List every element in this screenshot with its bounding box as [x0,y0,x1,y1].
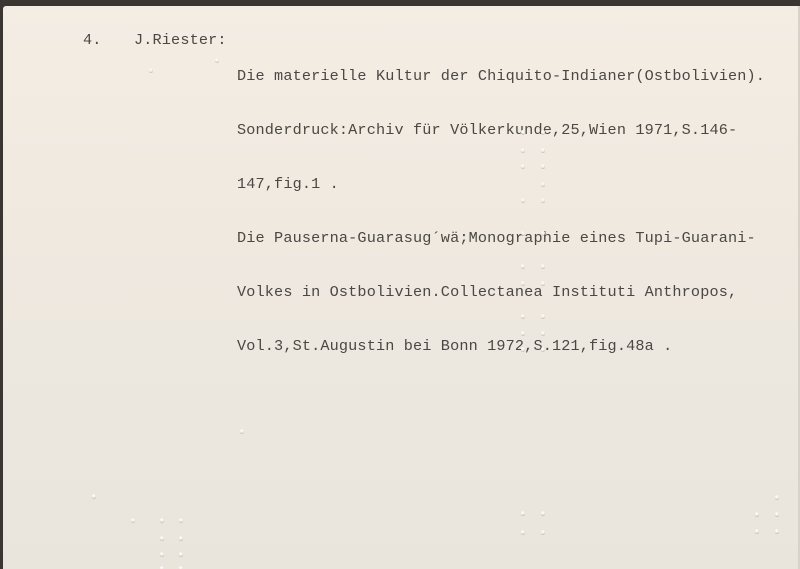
embossed-dot [541,314,545,318]
embossed-dot [775,495,779,499]
embossed-dot [775,529,779,533]
embossed-dot [541,148,545,152]
embossed-dot [541,264,545,268]
embossed-dot [541,231,545,235]
references-block: Die materielle Kultur der Chiquito-India… [237,31,765,391]
embossed-dot [775,512,779,516]
embossed-dot [160,536,164,540]
embossed-dot [521,198,525,202]
scanned-index-card: 4. J.Riester: Die materielle Kultur der … [0,0,800,569]
reference-2-line-3: Vol.3,St.Augustin bei Bonn 1972,S.121,fi… [237,337,765,355]
embossed-dot [521,530,525,534]
reference-2-line-1: Die Pauserna-Guarasug´wä;Monographie ein… [237,229,765,247]
embossed-dot [92,494,96,498]
embossed-dot [179,518,183,522]
embossed-dot [521,331,525,335]
embossed-dot [179,552,183,556]
embossed-dot [541,281,545,285]
reference-1-line-2: Sonderdruck:Archiv für Völkerkunde,25,Wi… [237,121,765,139]
embossed-dot [521,130,525,134]
entry-number: 4. [83,31,102,49]
embossed-dot [521,148,525,152]
embossed-dot [215,58,219,62]
embossed-dot [521,164,525,168]
embossed-dot [755,529,759,533]
embossed-dot [160,518,164,522]
embossed-dot [541,164,545,168]
reference-1-line-3: 147,fig.1 . [237,175,765,193]
embossed-dot [521,314,525,318]
embossed-dot [179,536,183,540]
embossed-dot [541,130,545,134]
embossed-dot [521,264,525,268]
embossed-dot [521,281,525,285]
reference-1-line-1: Die materielle Kultur der Chiquito-India… [237,67,765,85]
reference-2-line-2: Volkes in Ostbolivien.Collectanea Instit… [237,283,765,301]
embossed-dot [160,552,164,556]
embossed-dot [541,347,545,351]
embossed-dot [541,182,545,186]
embossed-dot [240,429,244,433]
embossed-dot [521,511,525,515]
embossed-dot [521,347,525,351]
index-card: 4. J.Riester: Die materielle Kultur der … [3,6,800,569]
embossed-dot [131,518,135,522]
embossed-dot [755,512,759,516]
embossed-dot [541,530,545,534]
embossed-dot [521,231,525,235]
embossed-dot [149,68,153,72]
embossed-dot [541,198,545,202]
embossed-dot [541,511,545,515]
embossed-dot [541,331,545,335]
author-name: J.Riester: [134,31,227,49]
